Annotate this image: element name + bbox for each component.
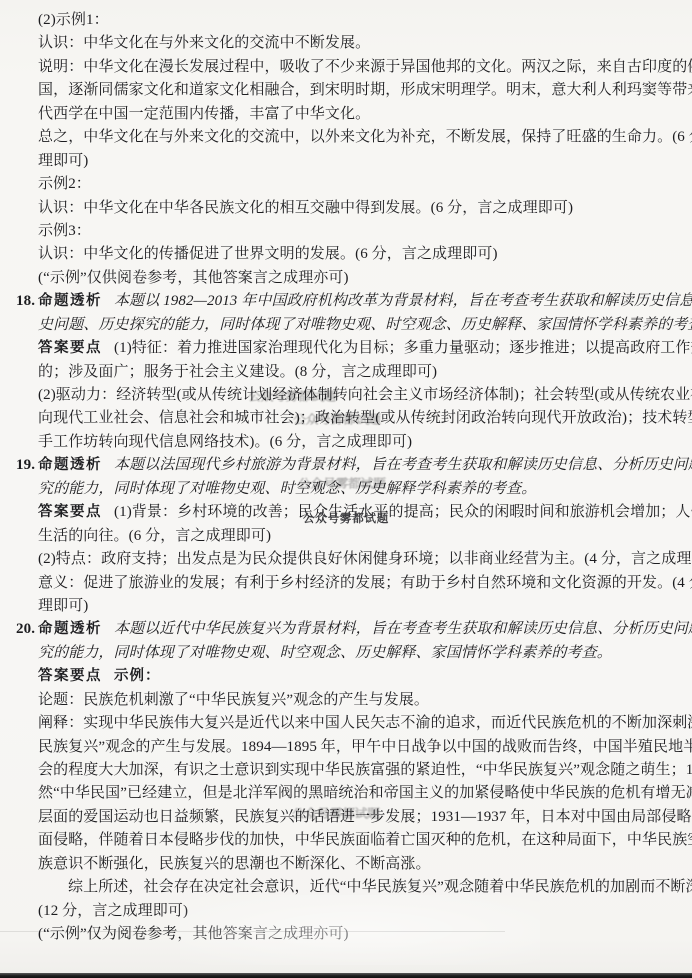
text-line: 论题：民族危机刺激了“中华民族复兴”观念的产生与发展。 [16, 689, 676, 712]
text-line: 然“中华民国”已经建立，但是北洋军阀的黑暗统治和帝国主义的加紧侵略使中华民族的危… [16, 782, 676, 805]
line-text: 示例2： [38, 176, 91, 192]
text-line: 阐释：实现中华民族伟大复兴是近代以来中国人民矢志不渝的追求，而近代民族危机的不断… [16, 712, 676, 735]
line-text: 本题以 1982—2013 年中国政府机构改革为背景材料，旨在考查考生获取和解读… [114, 293, 692, 309]
scan-edge-band [0, 973, 692, 978]
line-text: 认识：中华文化在与外来文化的交流中不断发展。 [38, 35, 370, 51]
text-line: (2)驱动力：经济转型(或从传统计划经济体制转向社会主义市场经济体制)；社会转型… [16, 384, 676, 407]
line-text: 总之，中华文化在与外来文化的交流中，以外来文化为补充，不断发展，保持了旺盛的生命… [38, 129, 692, 145]
line-text: (“示例”仅供阅卷参考，其他答案言之成理亦可) [38, 270, 349, 286]
text-line: 国，逐渐同儒家文化和道家文化相融合，到宋明时期，形成宋明理学。明末，意大利人利玛… [16, 79, 676, 102]
section-label: 命题透析 [38, 457, 102, 473]
line-text: 认识：中华文化的传播促进了世界文明的发展。(6 分，言之成理即可) [38, 246, 498, 262]
line-text: (2)特点：政府支持；出发点是为民众提供良好休闲健身环境；以非商业经营为主。(4… [38, 551, 692, 567]
text-line: 示例2： [16, 173, 676, 196]
line-text: 示例： [114, 668, 161, 684]
text-line: 族意识不断强化，民族复兴的思潮也不断深化、不断高涨。 [16, 853, 676, 876]
line-text: (2)示例1： [38, 12, 109, 28]
line-text: 会的程度大大加深，有识之士意识到实现中华民族富强的紧迫性，“中华民族复兴”观念随… [38, 762, 692, 778]
line-text: 的；涉及面广；服务于社会主义建设。(8 分，言之成理即可) [38, 364, 437, 380]
line-text: 究的能力，同时体现了对唯物史观、时空观念、历史解释学科素养的考查。 [38, 481, 536, 497]
text-line: 理即可) [16, 150, 676, 173]
line-text: 代西学在中国一定范围内传播，丰富了中华文化。 [38, 106, 370, 122]
question-number: 19. [16, 454, 38, 477]
text-line: 示例3： [16, 220, 676, 243]
text-line: 20.命题透析本题以近代中华民族复兴为背景材料，旨在考查考生获取和解读历史信息、… [16, 618, 676, 641]
line-text: 说明：中华文化在漫长发展过程中，吸收了不少来源于异国他邦的文化。两汉之际，来自古… [38, 59, 692, 75]
text-line: 18.命题透析本题以 1982—2013 年中国政府机构改革为背景材料，旨在考查… [16, 290, 676, 313]
line-text: 国，逐渐同儒家文化和道家文化相融合，到宋明时期，形成宋明理学。明末，意大利人利玛… [38, 82, 692, 98]
text-line: 究的能力，同时体现了对唯物史观、时空观念、历史解释学科素养的考查。 [16, 478, 676, 501]
text-line: 会的程度大大加深，有识之士意识到实现中华民族富强的紧迫性，“中华民族复兴”观念随… [16, 759, 676, 782]
text-line: 手工作坊转向现代信息网络技术)。(6 分，言之成理即可) [16, 431, 676, 454]
text-line: 总之，中华文化在与外来文化的交流中，以外来文化为补充，不断发展，保持了旺盛的生命… [16, 126, 676, 149]
text-line: 认识：中华文化在中华各民族文化的相互交融中得到发展。(6 分，言之成理即可) [16, 197, 676, 220]
line-text: 示例3： [38, 223, 91, 239]
text-line: (12 分，言之成理即可) [16, 900, 676, 923]
line-text: 理即可) [38, 153, 88, 169]
line-text: (1)背景：乡村环境的改善；民众生活水平的提高；民众的闲暇时间和旅游机会增加；人… [114, 504, 692, 520]
text-line: 意义：促进了旅游业的发展；有利于乡村经济的发展；有助于乡村自然环境和文化资源的开… [16, 572, 676, 595]
line-text: 向现代工业社会、信息社会和城市社会)；政治转型(或从传统封闭政治转向现代开放政治… [38, 410, 692, 426]
text-line: 认识：中华文化的传播促进了世界文明的发展。(6 分，言之成理即可) [16, 243, 676, 266]
line-text: 综上所述，社会存在决定社会意识，近代“中华民族复兴”观念随着中华民族危机的加剧而… [68, 879, 692, 895]
line-text: 理即可) [38, 598, 88, 614]
text-line: 民族复兴”观念的产生与发展。1894—1895 年，甲午中日战争以中国的战败而告… [16, 736, 676, 759]
text-line: 说明：中华文化在漫长发展过程中，吸收了不少来源于异国他邦的文化。两汉之际，来自古… [16, 56, 676, 79]
document-page: (2)示例1：认识：中华文化在与外来文化的交流中不断发展。说明：中华文化在漫长发… [0, 0, 692, 978]
line-text: 史问题、历史探究的能力，同时体现了对唯物史观、时空观念、历史解释、家国情怀学科素… [38, 317, 692, 333]
text-line: 究的能力，同时体现了对唯物史观、时空观念、历史解释、家国情怀学科素养的考查。 [16, 642, 676, 665]
line-text: 民族复兴”观念的产生与发展。1894—1895 年，甲午中日战争以中国的战败而告… [38, 739, 692, 755]
line-text: (1)特征：着力推进国家治理现代化为目标；多重力量驱动；逐步推进；以提高政府工作… [114, 340, 692, 356]
line-text: 层面的爱国运动也日益频繁，民族复兴的话语进一步发展；1931—1937 年，日本… [38, 809, 692, 825]
text-line: (2)特点：政府支持；出发点是为民众提供良好休闲健身环境；以非商业经营为主。(4… [16, 548, 676, 571]
section-label: 答案要点 [38, 504, 102, 520]
text-line: 理即可) [16, 595, 676, 618]
line-text: (2)驱动力：经济转型(或从传统计划经济体制转向社会主义市场经济体制)；社会转型… [38, 387, 692, 403]
line-text: (12 分，言之成理即可) [38, 903, 188, 919]
line-text: 认识：中华文化在中华各民族文化的相互交融中得到发展。(6 分，言之成理即可) [38, 200, 573, 216]
text-line: 史问题、历史探究的能力，同时体现了对唯物史观、时空观念、历史解释、家国情怀学科素… [16, 314, 676, 337]
line-text: 本题以法国现代乡村旅游为背景材料，旨在考查考生获取和解读历史信息、分析历史问题、… [114, 457, 692, 473]
question-number: 18. [16, 290, 38, 313]
line-text: 阐释：实现中华民族伟大复兴是近代以来中国人民矢志不渝的追求，而近代民族危机的不断… [38, 715, 692, 731]
text-line: 向现代工业社会、信息社会和城市社会)；政治转型(或从传统封闭政治转向现代开放政治… [16, 407, 676, 430]
line-text: (“示例”仅为阅卷参考，其他答案言之成理亦可) [38, 926, 349, 942]
text-line: 综上所述，社会存在决定社会意识，近代“中华民族复兴”观念随着中华民族危机的加剧而… [16, 876, 676, 899]
text-line: 层面的爱国运动也日益频繁，民族复兴的话语进一步发展；1931—1937 年，日本… [16, 806, 676, 829]
line-text: 面侵略，伴随着日本侵略步伐的加快，中华民族面临着亡国灭种的危机，在这种局面下，中… [38, 832, 692, 848]
scan-crease-line [0, 931, 505, 932]
watermark-text: 公众号雾都试题 [303, 510, 389, 526]
text-line: 代西学在中国一定范围内传播，丰富了中华文化。 [16, 103, 676, 126]
section-label: 命题透析 [38, 293, 102, 309]
text-line: 答案要点(1)特征：着力推进国家治理现代化为目标；多重力量驱动；逐步推进；以提高… [16, 337, 676, 360]
text-line: (2)示例1： [16, 9, 676, 32]
line-text: 然“中华民国”已经建立，但是北洋军阀的黑暗统治和帝国主义的加紧侵略使中华民族的危… [38, 785, 692, 801]
scanned-answer-key-page: { "page": { "background_color": "#f7f6f4… [0, 0, 692, 978]
text-line: 面侵略，伴随着日本侵略步伐的加快，中华民族面临着亡国灭种的危机，在这种局面下，中… [16, 829, 676, 852]
text-line: (“示例”仅供阅卷参考，其他答案言之成理亦可) [16, 267, 676, 290]
section-label: 命题透析 [38, 621, 102, 637]
line-text: 论题：民族危机刺激了“中华民族复兴”观念的产生与发展。 [38, 692, 429, 708]
text-line: 的；涉及面广；服务于社会主义建设。(8 分，言之成理即可) [16, 361, 676, 384]
section-label: 答案要点 [38, 668, 102, 684]
text-line: (“示例”仅为阅卷参考，其他答案言之成理亦可) [16, 923, 676, 946]
question-number: 20. [16, 618, 38, 641]
line-text: 族意识不断强化，民族复兴的思潮也不断深化、不断高涨。 [38, 856, 431, 872]
text-line: 19.命题透析本题以法国现代乡村旅游为背景材料，旨在考查考生获取和解读历史信息、… [16, 454, 676, 477]
line-text: 生活的向往。(6 分，言之成理即可) [38, 528, 271, 544]
document-lines: (2)示例1：认识：中华文化在与外来文化的交流中不断发展。说明：中华文化在漫长发… [16, 9, 676, 947]
text-line: 认识：中华文化在与外来文化的交流中不断发展。 [16, 32, 676, 55]
line-text: 究的能力，同时体现了对唯物史观、时空观念、历史解释、家国情怀学科素养的考查。 [38, 645, 612, 661]
line-text: 本题以近代中华民族复兴为背景材料，旨在考查考生获取和解读历史信息、分析历史问题、… [114, 621, 692, 637]
line-text: 意义：促进了旅游业的发展；有利于乡村经济的发展；有助于乡村自然环境和文化资源的开… [38, 575, 692, 591]
text-line: 生活的向往。(6 分，言之成理即可) [16, 525, 676, 548]
line-text: 手工作坊转向现代信息网络技术)。(6 分，言之成理即可) [38, 434, 412, 450]
section-label: 答案要点 [38, 340, 102, 356]
text-line: 答案要点示例： [16, 665, 676, 688]
